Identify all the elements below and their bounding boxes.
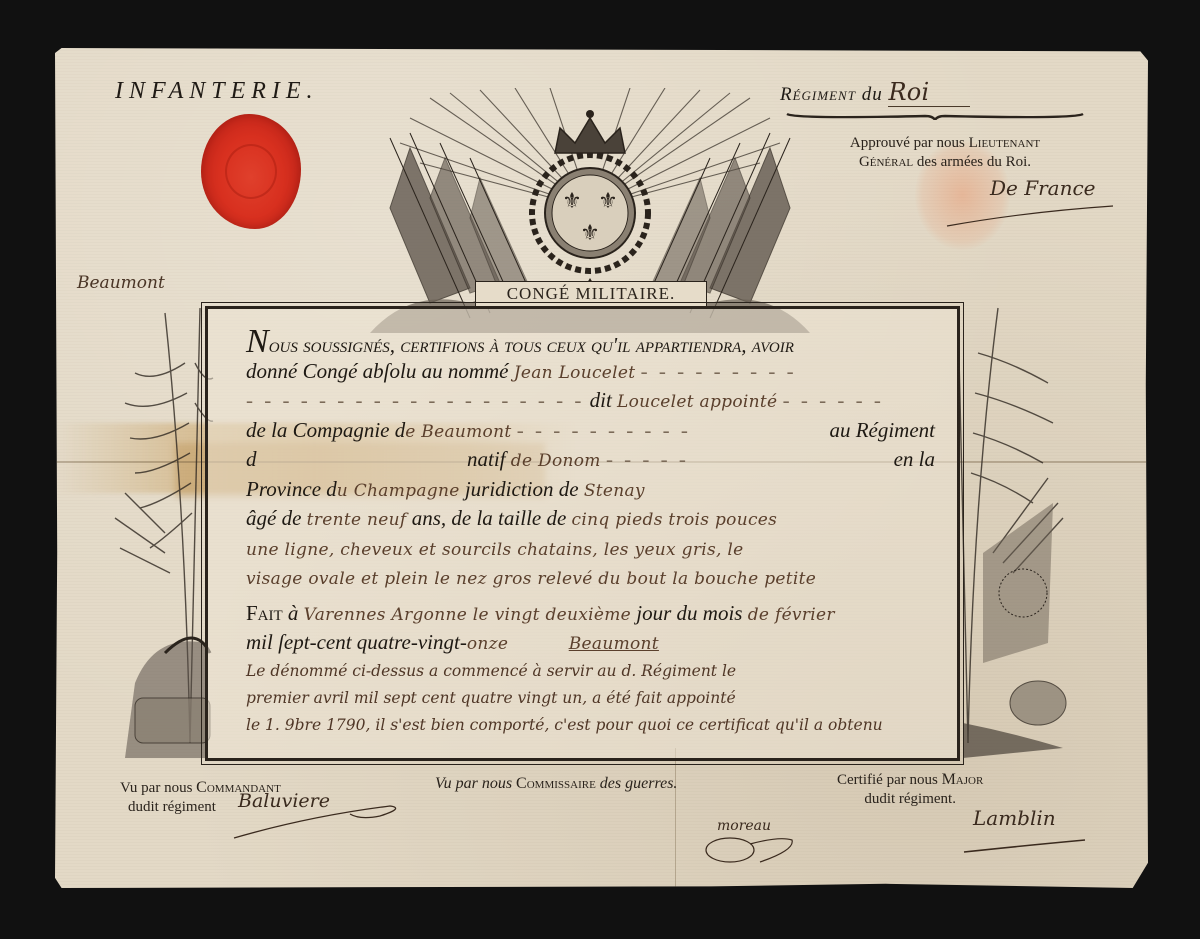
printed-text: Province d xyxy=(246,477,337,501)
service-annotation: Le dénommé ci-dessus a commencé à servir… xyxy=(246,658,935,739)
vertical-fold-line xyxy=(675,748,676,888)
printed-text: ans, de la taille de xyxy=(412,506,567,530)
body-line-1-text: ous ſouſſignés, certifions à tous ceux q… xyxy=(269,333,794,357)
dotted-leader: - - - - - - xyxy=(783,388,884,412)
signature-flourish-icon xyxy=(700,828,800,868)
seal-impression xyxy=(225,144,277,199)
commissaire-label: Commissaire xyxy=(516,775,596,792)
svg-text:⚜: ⚜ xyxy=(562,189,582,214)
approval-general: Général xyxy=(859,154,913,170)
printed-text: au Régiment xyxy=(829,416,935,446)
nickname-rank-field: Loucelet appointé xyxy=(617,392,777,412)
body-line-11: mil ſept-cent quatre-vingt-onze Beaumont xyxy=(246,628,935,658)
printed-text: jour du mois xyxy=(636,601,742,625)
body-line-9: visage ovale et plein le nez gros relevé… xyxy=(246,563,935,593)
signature-flourish-icon xyxy=(945,198,1115,228)
body-line-3: - - - - - - - - - - - - - - - - - - - di… xyxy=(246,386,935,416)
printed-text: âgé de xyxy=(246,506,301,530)
printed-text: des guerres. xyxy=(596,775,678,792)
printed-text: de la Compagnie d xyxy=(246,418,405,442)
certificate-frame: Nous ſouſſignés, certifions à tous ceux … xyxy=(205,306,960,761)
body-line-10: Fait à Varennes Argonne le vingt deuxièm… xyxy=(246,599,935,629)
major-block: Certifié par nous Major dudit régiment. xyxy=(837,770,983,809)
document-paper: INFANTERIE. Beaumont Régiment du Roi App… xyxy=(55,48,1148,888)
jurisdiction-field: Stenay xyxy=(584,481,645,501)
signature-lamblin: Lamblin xyxy=(973,806,1056,830)
brace-ornament-icon xyxy=(785,112,1085,120)
body-line-6: Province du Champagne juridiction de Ste… xyxy=(246,475,935,505)
dudit-regiment: dudit régiment. xyxy=(837,790,983,809)
body-line-7: âgé de trente neuf ans, de la taille de … xyxy=(246,504,935,534)
printed-text: mil ſept-cent quatre-vingt- xyxy=(246,630,467,654)
captain-signature: Beaumont xyxy=(569,634,659,654)
dotted-leader: - - - - - xyxy=(606,447,689,471)
body-line-2: donné Congé abſolu au nommé Jean Loucele… xyxy=(246,357,935,387)
printed-fait: Fait xyxy=(246,601,283,625)
approval-text: Approuvé par nous Lieutenant Général des… xyxy=(795,134,1095,172)
printed-text: dit xyxy=(590,388,612,412)
approval-line1-pre: Approuvé par nous xyxy=(850,135,969,151)
printed-text: natif xyxy=(467,447,506,471)
signature-flourish-icon xyxy=(230,796,400,846)
printed-text: juridiction de xyxy=(465,477,579,501)
printed-text: donné Congé abſolu au nommé xyxy=(246,359,508,383)
regiment-name-handwritten: Roi xyxy=(888,78,969,107)
height-field: cinq pieds trois pouces xyxy=(572,510,778,530)
body-line-8: une ligne, cheveux et sourcils chatains,… xyxy=(246,534,935,564)
conge-militaire-label: CONGÉ MILITAIRE. xyxy=(475,281,707,307)
margin-note-beaumont: Beaumont xyxy=(77,273,165,293)
printed-text: en la xyxy=(894,445,935,475)
body-line-1: Nous ſouſſignés, certifions à tous ceux … xyxy=(246,327,935,357)
printed-text: d xyxy=(246,447,257,471)
description-field: une ligne, cheveux et sourcils chatains,… xyxy=(246,540,744,560)
body-line-4: de la Compagnie de Beaumont - - - - - - … xyxy=(246,416,935,446)
left-palm-trophy-engraving-icon xyxy=(95,303,215,758)
company-field: e Beaumont xyxy=(405,422,511,442)
approval-lieutenant: Lieutenant xyxy=(969,135,1040,151)
year-field: onze xyxy=(467,634,508,654)
right-palm-trophy-engraving-icon xyxy=(953,303,1083,758)
month-field: de février xyxy=(748,605,835,625)
signature-de-france: De France xyxy=(990,176,1096,200)
printed-text: Certifié par nous xyxy=(837,772,942,788)
annotation-line-3: le 1. 9bre 1790, il s'est bien comporté,… xyxy=(246,712,935,739)
printed-text: à xyxy=(288,601,299,625)
soldier-name-field: Jean Loucelet xyxy=(514,363,636,383)
birthplace-field: de Donom xyxy=(511,451,601,471)
annotation-line-1: Le dénommé ci-dessus a commencé à servir… xyxy=(246,658,935,685)
approval-line2-post: des armées du Roi. xyxy=(913,154,1031,170)
dotted-leader: - - - - - - - - - - - - - - - - - - - xyxy=(246,388,584,412)
age-field: trente neuf xyxy=(307,510,407,530)
svg-text:⚜: ⚜ xyxy=(598,189,618,214)
annotation-line-2: premier avril mil sept cent quatre vingt… xyxy=(246,685,935,712)
initial-letter: N xyxy=(246,323,269,360)
dotted-leader: - - - - - - - - - xyxy=(641,359,797,383)
svg-text:⚜: ⚜ xyxy=(580,221,600,246)
printed-text: Vu par nous xyxy=(435,775,516,792)
body-line-5: d natif de Donom - - - - - en la xyxy=(246,445,935,475)
province-field: u Champagne xyxy=(337,481,460,501)
certificate-body: Nous ſouſſignés, certifions à tous ceux … xyxy=(246,327,935,739)
infanterie-title: INFANTERIE. xyxy=(115,78,319,105)
description-field: visage ovale et plein le nez gros relevé… xyxy=(246,569,816,589)
printed-text: Vu par nous xyxy=(120,780,196,796)
dotted-leader: - - - - - - - - - - xyxy=(517,418,691,442)
place-date-field: Varennes Argonne le vingt deuxième xyxy=(304,605,631,625)
major-label: Major xyxy=(942,771,984,788)
regiment-du: du xyxy=(862,84,883,105)
signature-flourish-icon xyxy=(960,828,1090,858)
red-wax-seal-icon xyxy=(201,114,301,229)
commissaire-block: Vu par nous Commissaire des guerres. xyxy=(435,775,677,793)
